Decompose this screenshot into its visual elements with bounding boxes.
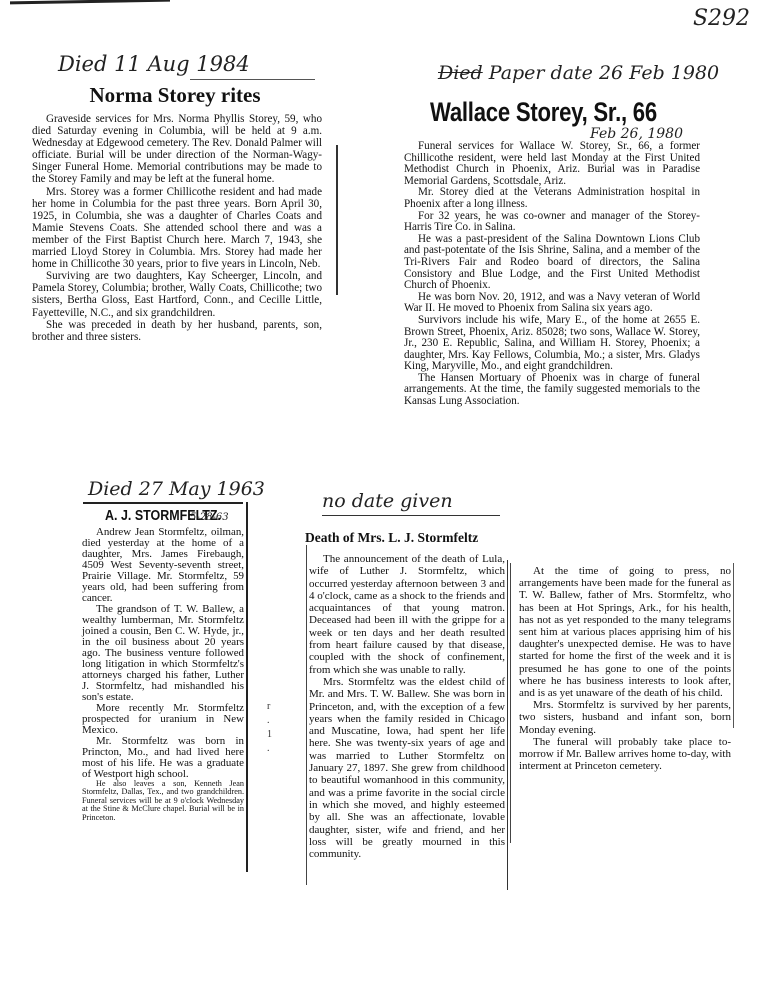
- column-rule: [306, 545, 307, 885]
- column-rule: [336, 145, 338, 295]
- headline: Norma Storey rites: [0, 83, 350, 108]
- article-body-col2: At the time of going to press, no arrang…: [519, 565, 731, 772]
- handwritten-page-number: S292: [693, 6, 750, 31]
- divider: [322, 515, 500, 516]
- paragraph: Mrs. Stormfeltz was the eldest child of …: [309, 676, 505, 860]
- paragraph: The funeral will probably take place to-…: [519, 736, 731, 773]
- paragraph: The grandson of T. W. Ballew, a wealthy …: [82, 604, 244, 703]
- handwritten-date: Died Paper date 26 Feb 1980: [438, 62, 719, 84]
- paragraph: Surviving are two daughters, Kay Scheerg…: [32, 270, 322, 318]
- article-body: Andrew Jean Stormfeltz, oilman, died yes…: [82, 527, 244, 822]
- column-rule: [510, 563, 511, 843]
- headline: Death of Mrs. L. J. Stormfeltz: [305, 530, 478, 546]
- paragraph: He was born Nov. 20, 1912, and was a Nav…: [404, 292, 700, 315]
- article-body-col1: The announcement of the death of Lula, w…: [309, 553, 505, 860]
- handwritten-date: no date given: [322, 490, 453, 512]
- column-rule: [733, 563, 734, 728]
- handwritten-date: Died 27 May 1963: [88, 478, 265, 500]
- handwritten-date: Died 11 Aug 1984: [58, 52, 250, 76]
- paragraph: Graveside services for Mrs. Norma Phylli…: [32, 113, 322, 186]
- paragraph: He was a past-president of the Salina Do…: [404, 234, 700, 292]
- struck-word: Died: [438, 62, 483, 84]
- handwritten-note: 5-28-63: [190, 512, 229, 523]
- margin-fragments: r.1.: [267, 700, 272, 756]
- paragraph: Andrew Jean Stormfeltz, oilman, died yes…: [82, 527, 244, 604]
- paragraph: She was preceded in death by her husband…: [32, 319, 322, 343]
- scan-edge-mark: [10, 0, 170, 4]
- paragraph: Mr. Stormfeltz was born in Princton, Mo.…: [82, 736, 244, 780]
- paragraph: Mrs. Storey was a former Chillicothe res…: [32, 186, 322, 271]
- paragraph-small: He also leaves a son, Kenneth Jean Storm…: [82, 780, 244, 822]
- headline: Wallace Storey, Sr., 66: [430, 97, 657, 128]
- divider: [190, 79, 315, 80]
- paragraph: The announcement of the death of Lula, w…: [309, 553, 505, 676]
- article-body: Graveside services for Mrs. Norma Phylli…: [32, 113, 322, 343]
- column-rule: [246, 502, 248, 872]
- paragraph: For 32 years, he was co-owner and manage…: [404, 211, 700, 234]
- paragraph: Mr. Storey died at the Veterans Administ…: [404, 187, 700, 210]
- paper-date: Paper date 26 Feb 1980: [489, 62, 719, 84]
- paragraph: Survivors include his wife, Mary E., of …: [404, 315, 700, 373]
- paragraph: Mrs. Stormfeltz is survived by her paren…: [519, 699, 731, 736]
- paragraph: More recently Mr. Stormfeltz prospected …: [82, 703, 244, 736]
- paragraph: Funeral services for Wallace W. Storey, …: [404, 141, 700, 187]
- divider: [83, 502, 243, 504]
- column-rule: [507, 560, 508, 890]
- article-body: Funeral services for Wallace W. Storey, …: [404, 141, 700, 408]
- paragraph: The Hansen Mortuary of Phoenix was in ch…: [404, 373, 700, 408]
- paragraph: At the time of going to press, no arrang…: [519, 565, 731, 699]
